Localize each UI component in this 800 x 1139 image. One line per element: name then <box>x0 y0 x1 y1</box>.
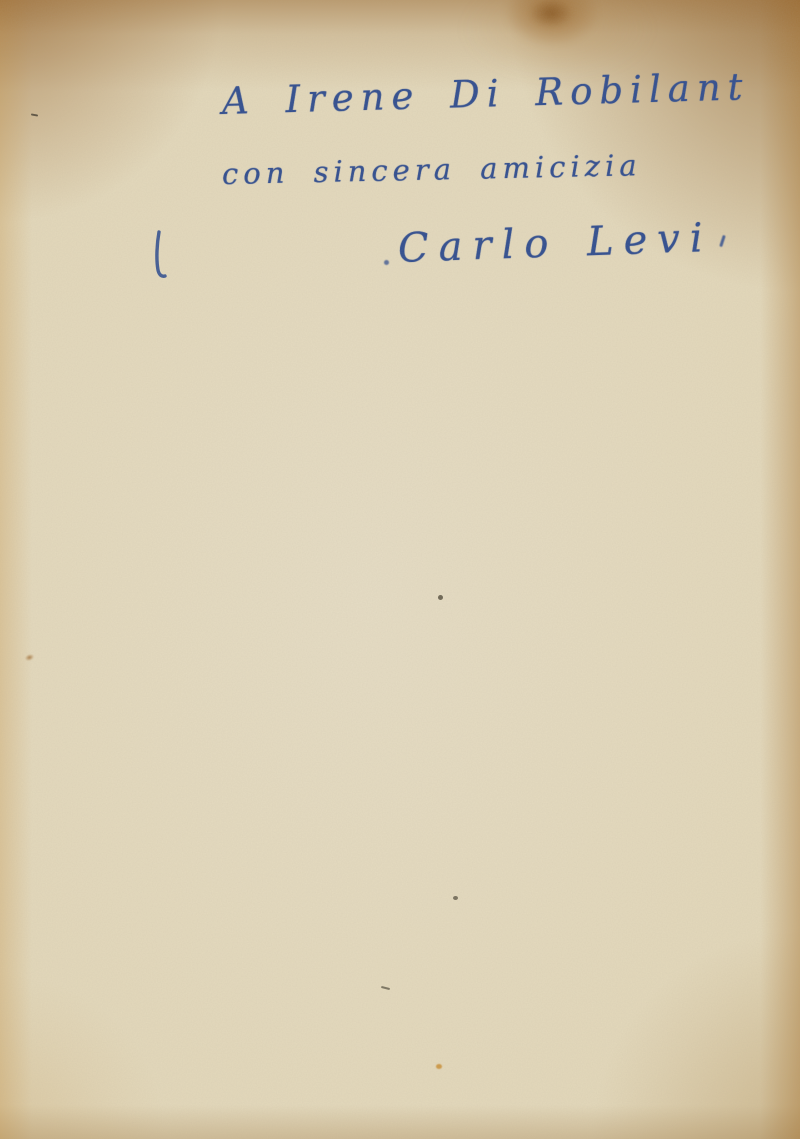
signature-flourish-mark <box>719 235 726 247</box>
paper-speck <box>436 1064 442 1069</box>
stray-ink-stroke <box>148 229 174 283</box>
flyleaf-page: A Irene Di Robilant con sincera amicizia… <box>0 0 800 1139</box>
signature-carlo-levi: Carlo Levi <box>397 215 713 272</box>
dedication-line-1: A Irene Di Robilant <box>221 65 750 123</box>
paper-speck <box>453 896 458 900</box>
paper-speck <box>381 986 390 990</box>
stain-core <box>520 0 582 34</box>
foxing-spot <box>22 651 37 664</box>
dedication-line-2: con sincera amicizia <box>222 148 642 191</box>
ink-dot <box>384 260 389 265</box>
paper-speck <box>438 595 443 600</box>
stain-top <box>490 0 624 76</box>
paper-speck <box>31 113 38 116</box>
